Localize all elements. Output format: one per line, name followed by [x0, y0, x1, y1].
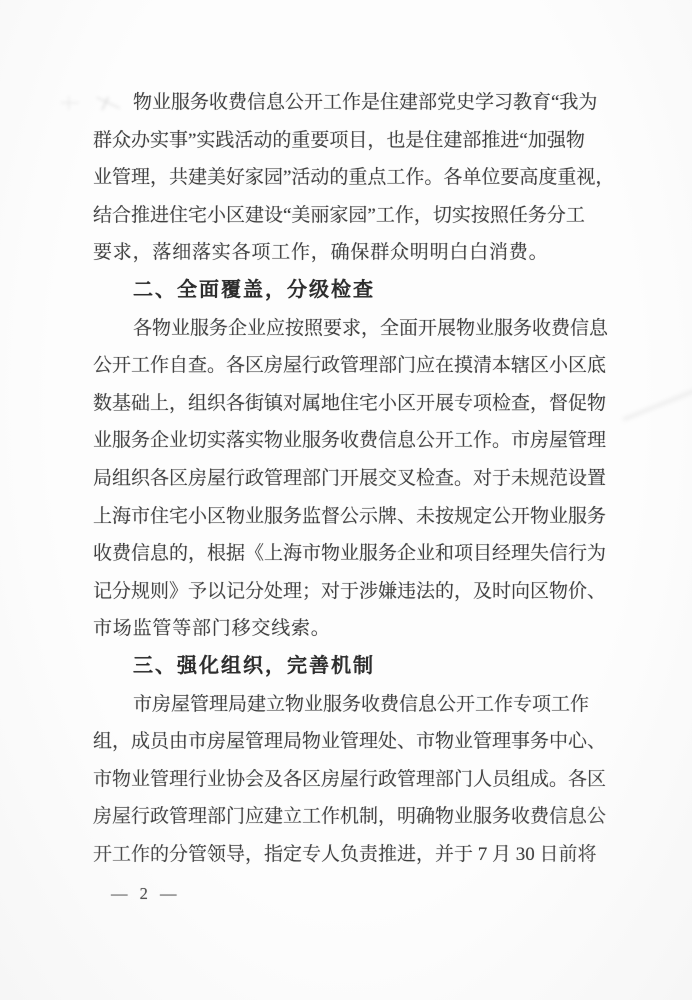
text-line: 物业服务收费信息公开工作是住建部党史学习教育“我为 [93, 84, 605, 122]
text-line: 群众办实事”实践活动的重要项目，也是住建部推进“加强物 [93, 122, 605, 160]
text-line: 结合推进住宅小区建设“美丽家园”工作，切实按照任务分工 [93, 197, 605, 235]
text-line: 房屋行政管理部门应建立工作机制，明确物业服务收费信息公 [93, 798, 605, 836]
page-number: — 2 — [111, 884, 181, 904]
text-line: 组，成员由市房屋管理局物业管理处、市物业管理事务中心、 [93, 723, 605, 761]
text-line: 市物业管理行业协会及各区房屋行政管理部门人员组成。各区 [93, 761, 605, 799]
scanned-document-page: 物业服务收费信息公开工作是住建部党史学习教育“我为群众办实事”实践活动的重要项目… [0, 0, 692, 1000]
text-line: 市房屋管理局建立物业服务收费信息公开工作专项工作 [93, 686, 605, 724]
document-body: 物业服务收费信息公开工作是住建部党史学习教育“我为群众办实事”实践活动的重要项目… [93, 84, 605, 873]
text-line: 开工作的分管领导，指定专人负责推进，并于 7 月 30 日前将 [93, 836, 605, 874]
text-line: 公开工作自查。各区房屋行政管理部门应在摸清本辖区小区底 [93, 347, 605, 385]
text-line: 业管理，共建美好家园”活动的重点工作。各单位要高度重视， [93, 159, 605, 197]
section-heading: 三、强化组织，完善机制 [93, 648, 605, 686]
text-line: 要求，落细落实各项工作，确保群众明明白白消费。 [93, 234, 605, 272]
text-line: 市场监管等部门移交线索。 [93, 610, 605, 648]
scan-streak-artifact [623, 386, 692, 421]
section-heading: 二、全面覆盖，分级检查 [93, 272, 605, 310]
scan-bleed-smudge [61, 96, 79, 110]
text-line: 各物业服务企业应按照要求，全面开展物业服务收费信息 [93, 310, 605, 348]
text-line: 记分规则》予以记分处理；对于涉嫌违法的，及时向区物价、 [93, 573, 605, 611]
text-line: 收费信息的，根据《上海市物业服务企业和项目经理失信行为 [93, 535, 605, 573]
text-line: 上海市住宅小区物业服务监督公示牌、未按规定公开物业服务 [93, 498, 605, 536]
text-line: 局组织各区房屋行政管理部门开展交叉检查。对于未规范设置 [93, 460, 605, 498]
text-line: 数基础上，组织各街镇对属地住宅小区开展专项检查，督促物 [93, 385, 605, 423]
text-line: 业服务企业切实落实物业服务收费信息公开工作。市房屋管理 [93, 422, 605, 460]
